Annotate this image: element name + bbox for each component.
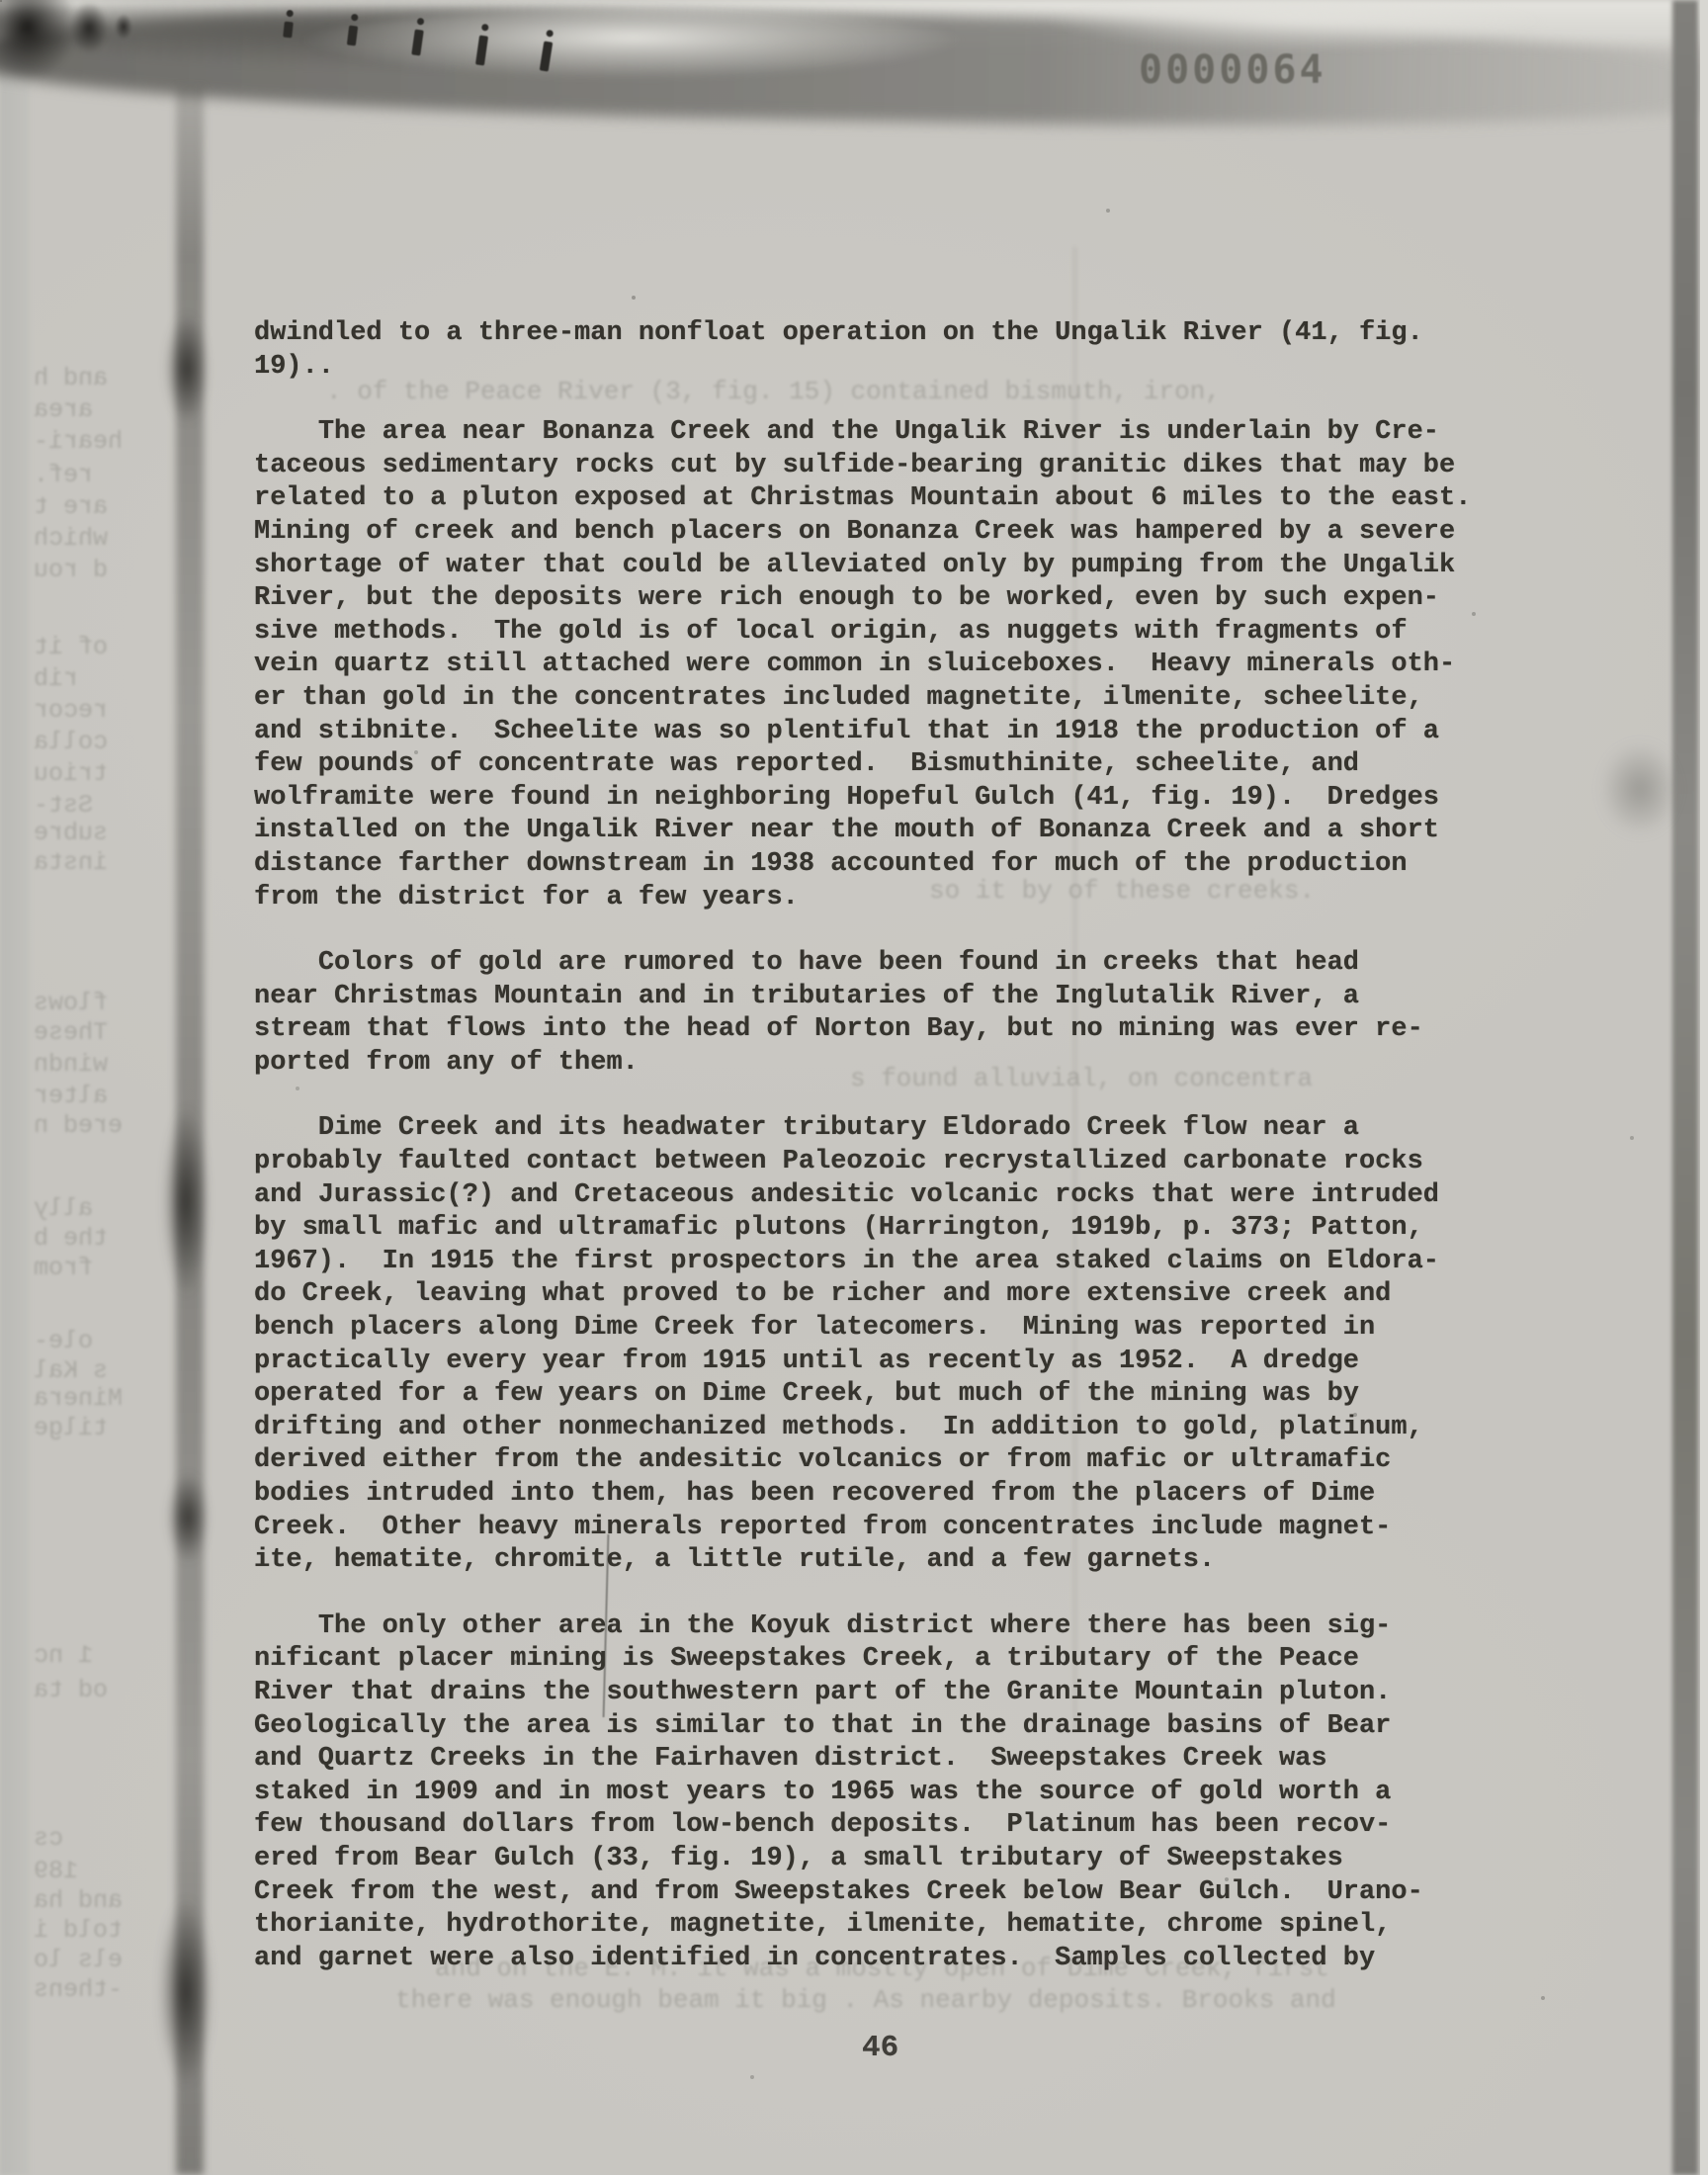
margin-bleedthrough-text: of it — [34, 633, 160, 661]
binding-ink-blob — [168, 1473, 208, 1562]
margin-bleedthrough-text: ref. — [34, 461, 160, 489]
paragraph: The area near Bonanza Creek and the Unga… — [254, 416, 1505, 914]
margin-bleedthrough-text: ole- — [34, 1327, 160, 1355]
margin-bleedthrough-text: -thens — [34, 1975, 160, 2004]
paragraph: dwindled to a three-man nonfloat operati… — [254, 317, 1505, 384]
corner-ink-blot — [0, 0, 77, 79]
margin-bleedthrough-text: d rou — [34, 556, 160, 584]
margin-bleedthrough-text: flows — [34, 989, 160, 1017]
paper-speckles — [0, 0, 2, 2]
paragraph: Colors of gold are rumored to have been … — [254, 947, 1505, 1080]
margin-bleedthrough-text: which — [34, 524, 160, 553]
page-curl-highlight — [297, 10, 969, 79]
margin-bleedthrough-text: windn — [34, 1050, 160, 1079]
margin-bleedthrough-text: told i — [34, 1916, 160, 1945]
page-curl-highlight-right — [1038, 0, 1552, 51]
margin-bleedthrough-text: ally — [34, 1194, 160, 1223]
right-margin-smudge — [1601, 743, 1678, 834]
margin-bleedthrough-text: the b — [34, 1224, 160, 1253]
margin-bleedthrough-text: Minera — [34, 1384, 160, 1413]
paragraph: Dime Creek and its headwater tributary E… — [254, 1112, 1505, 1577]
binding-ink-blob — [164, 1107, 208, 1295]
body-text: dwindled to a three-man nonfloat operati… — [254, 317, 1505, 2008]
margin-bleedthrough-text: tilge — [34, 1414, 160, 1442]
margin-bleedthrough-text: ered n — [34, 1111, 160, 1140]
page-number: 46 — [862, 2031, 898, 2065]
margin-bleedthrough-text: cs — [34, 1824, 160, 1853]
margin-bleedthrough-text: rib — [34, 664, 160, 693]
scan-right-edge-highlight — [1700, 0, 1708, 2175]
margin-bleedthrough-text: These — [34, 1018, 160, 1047]
margin-bleedthrough-text: and ha — [34, 1886, 160, 1915]
corner-ink-blot — [69, 2, 109, 53]
corner-ink-blot — [115, 14, 132, 40]
margin-bleedthrough-text: od ta — [34, 1676, 160, 1704]
margin-bleedthrough-text: insta — [34, 848, 160, 877]
margin-bleedthrough-text: area — [34, 395, 160, 424]
binding-ink-blob — [166, 314, 208, 423]
margin-bleedthrough-text: 1 nc — [34, 1641, 160, 1670]
paragraph: The only other area in the Koyuk distric… — [254, 1610, 1505, 1976]
binding-ink-blob — [160, 1898, 212, 2086]
margin-bleedthrough-text: subre — [34, 819, 160, 847]
margin-bleedthrough-text: and h — [34, 364, 160, 392]
margin-bleedthrough-text: 189 — [34, 1857, 160, 1885]
scan-left-edge-shade — [0, 0, 30, 2175]
stamp-serial-number: 0000064 — [1139, 47, 1326, 93]
margin-bleedthrough-text: are t — [34, 492, 160, 521]
scan-right-edge-shadow — [1672, 0, 1698, 2175]
margin-bleedthrough-text: s Kal — [34, 1356, 160, 1385]
margin-bleedthrough-text: colla — [34, 728, 160, 756]
margin-bleedthrough-text: triou — [34, 759, 160, 788]
margin-bleedthrough-text: recor — [34, 696, 160, 725]
margin-bleedthrough-text: heari- — [34, 427, 160, 456]
binder-tick-mark — [283, 22, 294, 39]
margin-bleedthrough-text: Sst- — [34, 791, 160, 820]
scanned-page: . of the Peace River (3, fig. 15) contai… — [0, 0, 1708, 2175]
margin-bleedthrough-text: alter — [34, 1082, 160, 1110]
margin-bleedthrough-text: els lo — [34, 1946, 160, 1974]
margin-bleedthrough-text: from — [34, 1254, 160, 1282]
